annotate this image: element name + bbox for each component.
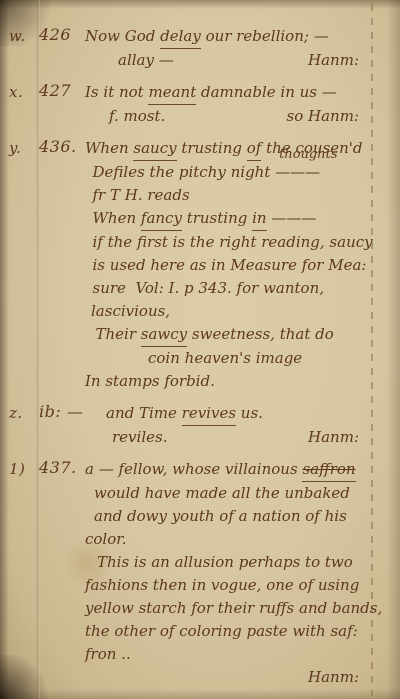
manuscript-page: w.426Now God delay our rebellion; —allay… xyxy=(0,0,400,699)
text-segment: yellow starch for their ruffs and bands, xyxy=(85,597,382,620)
text-segment: saucy xyxy=(133,137,176,161)
entry-row: x.427Is it not meant damnable in us —f. … xyxy=(9,81,373,128)
entry-line: lascivious, xyxy=(85,300,373,323)
entry-line: Hanm: xyxy=(85,666,373,689)
entry-number: 426 xyxy=(39,25,85,72)
entry-line: and dowy youth of a nation of his xyxy=(85,505,373,528)
inserted-word: thoughts xyxy=(279,148,337,161)
page-edge-shadow-right xyxy=(387,0,400,699)
entry-line: When fancy trusting in ——— xyxy=(85,207,373,231)
text-segment: This is an allusion perhaps to two xyxy=(97,551,353,574)
entry-line: In stamps forbid. xyxy=(85,370,373,393)
entry-row: z.ib: —and Time revives us.reviles.Hanm: xyxy=(9,402,373,449)
text-segment: would have made all the unbaked xyxy=(94,482,350,505)
text-segment: Defiles the pitchy night xyxy=(93,161,276,184)
text-segment: trusting xyxy=(182,207,252,230)
text-segment: saffron xyxy=(302,458,355,482)
text-segment: reviles. xyxy=(112,426,167,449)
entry-line: if the first is the right reading, saucy xyxy=(85,231,373,254)
attribution-label: so Hanm: xyxy=(287,105,373,128)
entry-number: 427 xyxy=(39,81,85,128)
entry-marker: x. xyxy=(9,81,39,128)
entry-line: sure Vol: I. p 343. for wanton, xyxy=(85,277,373,300)
entry-line: allay —Hanm: xyxy=(85,49,373,72)
text-segment: sawcy xyxy=(141,323,187,347)
text-segment: When xyxy=(93,207,141,230)
text-segment: Now God xyxy=(85,25,160,48)
text-segment: the other of coloring paste with saf: xyxy=(85,620,358,643)
text-segment: color. xyxy=(85,528,127,551)
entry-line: fashions then in vogue, one of using xyxy=(85,574,373,597)
superscript-insertion: thoughts——— xyxy=(275,161,320,184)
entries: w.426Now God delay our rebellion; —allay… xyxy=(9,25,373,698)
text-segment: coin heaven's image xyxy=(148,347,302,370)
entry-line: f. most.so Hanm: xyxy=(85,105,373,128)
entry-body: Is it not meant damnable in us —f. most.… xyxy=(85,81,373,128)
entry-line: fr T H. reads xyxy=(85,184,373,207)
entry-line: Their sawcy sweetness, that do xyxy=(85,323,373,347)
page-edge-shadow-left xyxy=(0,0,9,699)
entry-line: yellow starch for their ruffs and bands, xyxy=(85,597,373,620)
entry-line: would have made all the unbaked xyxy=(85,482,373,505)
entry-line: reviles.Hanm: xyxy=(85,426,373,449)
text-segment: When xyxy=(85,137,133,160)
entry-body: Now God delay our rebellion; —allay —Han… xyxy=(85,25,373,72)
text-segment: a — fellow, whose villainous xyxy=(85,458,302,481)
text-segment: sure Vol: I. p 343. for wanton, xyxy=(93,277,325,300)
text-segment: f. most. xyxy=(109,105,165,128)
entry-marker: y. xyxy=(9,137,39,393)
entry-body: and Time revives us.reviles.Hanm: xyxy=(85,402,373,449)
entry-body: a — fellow, whose villainous saffronwoul… xyxy=(85,458,373,689)
entry-line: is used here as in Measure for Mea: xyxy=(85,254,373,277)
text-segment: Is it not xyxy=(85,81,148,104)
text-segment: our rebellion; — xyxy=(201,25,329,48)
text-segment: fashions then in vogue, one of using xyxy=(85,574,359,597)
entry-number: 436. xyxy=(39,137,85,393)
text-segment: of xyxy=(247,137,262,161)
text-segment: trusting xyxy=(177,137,247,160)
text-segment: fron .. xyxy=(85,643,131,666)
entry-line: Now God delay our rebellion; — xyxy=(85,25,373,49)
entry-number: ib: — xyxy=(39,402,85,449)
text-segment: delay xyxy=(160,25,201,49)
entry-row: w.426Now God delay our rebellion; —allay… xyxy=(9,25,373,72)
entry-marker: w. xyxy=(9,25,39,72)
text-segment: if the first is the right reading, saucy xyxy=(93,231,373,254)
text-segment: lascivious, xyxy=(91,300,170,323)
text-segment: revives xyxy=(182,402,236,426)
entry-row: y.436.When saucy trusting of the cousen'… xyxy=(9,137,373,393)
text-segment: allay — xyxy=(118,49,174,72)
entry-marker: z. xyxy=(9,402,39,449)
text-segment: damnable in us — xyxy=(196,81,337,104)
text-segment: Their xyxy=(96,323,141,346)
entry-line: a — fellow, whose villainous saffron xyxy=(85,458,373,482)
entry-line: Is it not meant damnable in us — xyxy=(85,81,373,105)
entry-line: fron .. xyxy=(85,643,373,666)
text-segment: meant xyxy=(148,81,196,105)
entry-line: the other of coloring paste with saf: xyxy=(85,620,373,643)
page-edge-shadow-top xyxy=(0,0,400,9)
attribution-label: Hanm: xyxy=(308,426,373,449)
text-segment: fancy xyxy=(141,207,182,231)
entry-line: This is an allusion perhaps to two xyxy=(85,551,373,574)
entry-line: coin heaven's image xyxy=(85,347,373,370)
text-segment: and dowy youth of a nation of his xyxy=(94,505,347,528)
entry-line: Defiles the pitchy night thoughts——— xyxy=(85,161,373,184)
text-segment: is used here as in Measure for Mea: xyxy=(93,254,367,277)
text-segment: us. xyxy=(236,402,263,425)
entry-row: 1)437.a — fellow, whose villainous saffr… xyxy=(9,458,373,689)
attribution-label: Hanm: xyxy=(308,49,373,72)
entry-line: color. xyxy=(85,528,373,551)
entry-marker: 1) xyxy=(9,458,39,689)
entry-body: When saucy trusting of the cousen'dDefil… xyxy=(85,137,373,393)
text-segment: ——— xyxy=(267,207,317,230)
text-segment: sweetness, that do xyxy=(187,323,334,346)
text-segment: In stamps forbid. xyxy=(85,370,215,393)
entry-line: and Time revives us. xyxy=(85,402,373,426)
attribution-label: Hanm: xyxy=(308,666,373,689)
text-segment: and Time xyxy=(106,402,182,425)
entry-number: 437. xyxy=(39,458,85,689)
caret-rule: ——— xyxy=(275,163,320,181)
text-segment: in xyxy=(252,207,266,231)
text-segment: fr T H. reads xyxy=(93,184,190,207)
